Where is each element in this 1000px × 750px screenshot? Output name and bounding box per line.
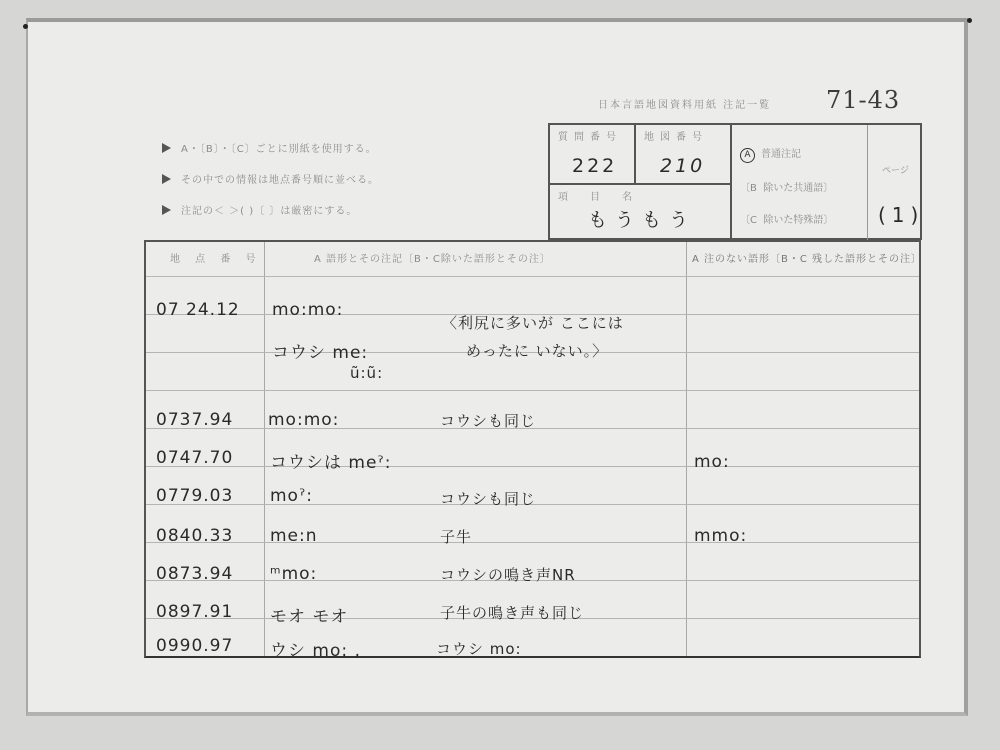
- pin-dot: [23, 24, 28, 29]
- point-number: 0897.91: [156, 602, 233, 622]
- word-form: moˀ:: [270, 486, 313, 506]
- page-cell: ページ (1): [868, 125, 922, 240]
- header-point-number: 地 点 番 号: [170, 250, 262, 265]
- annotation-note: コウシの鳴き声NR: [440, 564, 576, 585]
- annotation-type-cell: A普通注記 〔B 除いた共通語〕 〔C 除いた特殊語〕: [732, 125, 868, 240]
- annotation-note: コウシも同じ: [440, 410, 536, 431]
- annotation-note: 子牛の鳴き声も同じ: [440, 602, 584, 623]
- pin-dot: [967, 18, 972, 23]
- annotation-note: 〈利尻に多いが ここには: [442, 312, 624, 333]
- info-box: 質問番号 222 地図番号 210 項目名 もうもう A普通注記 〔B 除いた共…: [548, 123, 922, 240]
- annotation-note: めったに いない。〉: [466, 340, 608, 361]
- word-form: ᵐmo:: [270, 564, 317, 584]
- question-number-cell: 質問番号 222: [550, 125, 636, 185]
- instruction-item: 注記の＜ ＞( )〔 〕は厳密にする。: [162, 202, 379, 233]
- option-c: 〔C 除いた特殊語〕: [740, 211, 833, 226]
- annotation-table: 地 点 番 号 A 語形とその注記〔B・C除いた語形とその注〕 A 注のない語形…: [144, 240, 921, 658]
- question-number: 222: [572, 155, 617, 177]
- word-form: ũ:ũ:: [350, 364, 383, 382]
- column-divider: [264, 242, 265, 656]
- form-title: 日本言語地図資料用紙 注記一覧: [598, 96, 771, 111]
- point-number: 0779.03: [156, 486, 233, 506]
- word-form: コウシ me:: [272, 338, 368, 363]
- word-form: mo:mo:: [272, 300, 343, 320]
- form-code: 71-43: [826, 86, 900, 114]
- annotation-note: コウシも同じ: [440, 488, 536, 509]
- page-number: (1): [878, 203, 924, 227]
- header-forms-with-notes: A 語形とその注記〔B・C除いた語形とその注〕: [314, 250, 551, 265]
- word-form: モオ モオ: [270, 602, 348, 627]
- point-number: 07 24.12: [156, 300, 240, 320]
- point-number: 0747.70: [156, 448, 233, 468]
- item-name-cell: 項目名 もうもう: [550, 185, 732, 240]
- map-number: 210: [660, 155, 705, 177]
- triangle-bullet-icon: [162, 205, 171, 215]
- map-number-cell: 地図番号 210: [636, 125, 732, 185]
- word-form: mo:mo:: [268, 410, 339, 430]
- plain-form: mmo:: [694, 526, 747, 546]
- word-form: ウシ mo: ,: [270, 636, 361, 661]
- column-divider: [686, 242, 687, 656]
- word-form: コウシは meˀ:: [270, 448, 391, 473]
- point-number: 0873.94: [156, 564, 233, 584]
- instruction-item: A・〔B〕・〔C〕ごとに別紙を使用する。: [162, 140, 379, 171]
- header-forms-without-notes: A 注のない語形〔B・C 残した語形とその注〕: [692, 250, 919, 265]
- annotation-note: 子牛: [440, 526, 472, 547]
- plain-form: mo:: [694, 452, 730, 472]
- circled-a-mark: A: [740, 148, 755, 163]
- option-a: A普通注記: [740, 145, 801, 163]
- item-name: もうもう: [588, 205, 696, 232]
- triangle-bullet-icon: [162, 143, 171, 153]
- triangle-bullet-icon: [162, 174, 171, 184]
- instruction-item: その中での情報は地点番号順に並べる。: [162, 171, 379, 202]
- point-number: 0990.97: [156, 636, 233, 656]
- annotation-note: コウシ mo:: [436, 638, 522, 659]
- instructions: A・〔B〕・〔C〕ごとに別紙を使用する。 その中での情報は地点番号順に並べる。 …: [162, 140, 379, 233]
- point-number: 0737.94: [156, 410, 233, 430]
- word-form: me:n: [270, 526, 318, 546]
- point-number: 0840.33: [156, 526, 233, 546]
- option-b: 〔B 除いた共通語〕: [740, 179, 833, 194]
